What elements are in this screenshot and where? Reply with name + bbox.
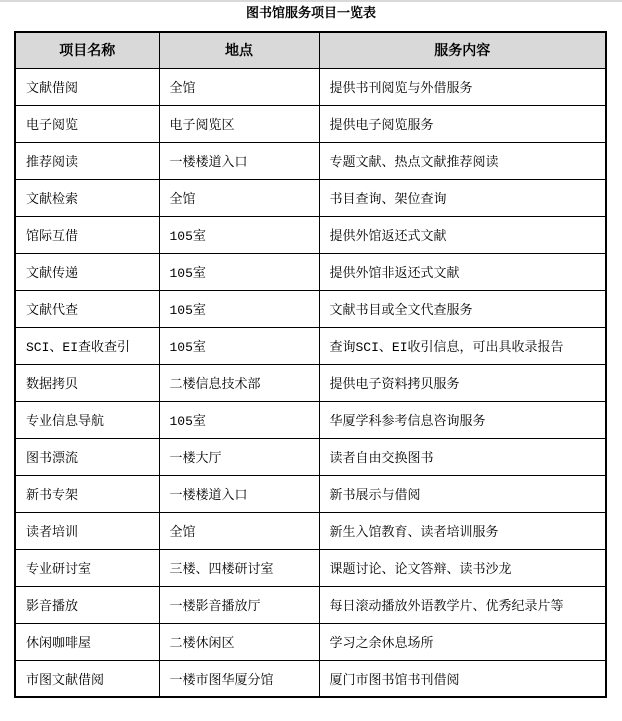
cell-service: 新生入馆教育、读者培训服务 — [319, 512, 606, 549]
cell-project-name: 图书漂流 — [15, 438, 159, 475]
cell-project-name: 文献检索 — [15, 179, 159, 216]
column-header-1: 地点 — [159, 32, 319, 68]
table-row: 文献检索全馆书目查询、架位查询 — [15, 179, 606, 216]
cell-service: 提供外馆返还式文献 — [319, 216, 606, 253]
cell-project-name: 专业信息导航 — [15, 401, 159, 438]
cell-service: 每日滚动播放外语教学片、优秀纪录片等 — [319, 586, 606, 623]
cell-service: 读者自由交换图书 — [319, 438, 606, 475]
table-header-row: 项目名称地点服务内容 — [15, 32, 606, 68]
table-row: 文献传递105室提供外馆非返还式文献 — [15, 253, 606, 290]
cell-service: 文献书目或全文代查服务 — [319, 290, 606, 327]
cell-service: 提供书刊阅览与外借服务 — [319, 68, 606, 105]
cell-service: 专题文献、热点文献推荐阅读 — [319, 142, 606, 179]
table-row: 休闲咖啡屋二楼休闲区学习之余休息场所 — [15, 623, 606, 660]
library-services-table: 项目名称地点服务内容 文献借阅全馆提供书刊阅览与外借服务电子阅览电子阅览区提供电… — [14, 31, 607, 698]
cell-project-name: 专业研讨室 — [15, 549, 159, 586]
cell-project-name: 市图文献借阅 — [15, 660, 159, 697]
cell-project-name: 馆际互借 — [15, 216, 159, 253]
cell-location: 一楼影音播放厅 — [159, 586, 319, 623]
cell-location: 105室 — [159, 401, 319, 438]
cell-location: 三楼、四楼研讨室 — [159, 549, 319, 586]
cell-project-name: 推荐阅读 — [15, 142, 159, 179]
cell-location: 一楼大厅 — [159, 438, 319, 475]
table-row: 推荐阅读一楼楼道入口专题文献、热点文献推荐阅读 — [15, 142, 606, 179]
cell-location: 105室 — [159, 290, 319, 327]
cell-project-name: 电子阅览 — [15, 105, 159, 142]
cell-service: 华厦学科参考信息咨询服务 — [319, 401, 606, 438]
cell-location: 105室 — [159, 327, 319, 364]
cell-project-name: 数据拷贝 — [15, 364, 159, 401]
cell-location: 一楼市图华厦分馆 — [159, 660, 319, 697]
table-head: 项目名称地点服务内容 — [15, 32, 606, 68]
table-row: 馆际互借105室提供外馆返还式文献 — [15, 216, 606, 253]
table-row: 新书专架一楼楼道入口新书展示与借阅 — [15, 475, 606, 512]
cell-project-name: 新书专架 — [15, 475, 159, 512]
cell-location: 105室 — [159, 216, 319, 253]
table-row: 图书漂流一楼大厅读者自由交换图书 — [15, 438, 606, 475]
cell-service: 提供电子阅览服务 — [319, 105, 606, 142]
page-title: 图书馆服务项目一览表 — [0, 2, 622, 31]
cell-service: 提供外馆非返还式文献 — [319, 253, 606, 290]
column-header-2: 服务内容 — [319, 32, 606, 68]
page: { "page": { "title": "图书馆服务项目一览表" }, "ta… — [0, 0, 622, 721]
cell-location: 一楼楼道入口 — [159, 142, 319, 179]
table-row: 专业研讨室三楼、四楼研讨室课题讨论、论文答辩、读书沙龙 — [15, 549, 606, 586]
table-row: 电子阅览电子阅览区提供电子阅览服务 — [15, 105, 606, 142]
cell-service: 厦门市图书馆书刊借阅 — [319, 660, 606, 697]
cell-project-name: 休闲咖啡屋 — [15, 623, 159, 660]
table-row: 市图文献借阅一楼市图华厦分馆厦门市图书馆书刊借阅 — [15, 660, 606, 697]
cell-project-name: 文献借阅 — [15, 68, 159, 105]
cell-project-name: 文献代查 — [15, 290, 159, 327]
cell-service: 书目查询、架位查询 — [319, 179, 606, 216]
table-row: SCI、EI查收查引105室查询SCI、EI收引信息，可出具收录报告 — [15, 327, 606, 364]
cell-location: 全馆 — [159, 512, 319, 549]
cell-location: 电子阅览区 — [159, 105, 319, 142]
cell-location: 全馆 — [159, 179, 319, 216]
table-row: 影音播放一楼影音播放厅每日滚动播放外语教学片、优秀纪录片等 — [15, 586, 606, 623]
cell-service: 新书展示与借阅 — [319, 475, 606, 512]
cell-location: 一楼楼道入口 — [159, 475, 319, 512]
table-row: 文献借阅全馆提供书刊阅览与外借服务 — [15, 68, 606, 105]
cell-location: 二楼信息技术部 — [159, 364, 319, 401]
table-row: 文献代查105室文献书目或全文代查服务 — [15, 290, 606, 327]
cell-location: 全馆 — [159, 68, 319, 105]
column-header-0: 项目名称 — [15, 32, 159, 68]
cell-service: 查询SCI、EI收引信息，可出具收录报告 — [319, 327, 606, 364]
table-row: 数据拷贝二楼信息技术部提供电子资料拷贝服务 — [15, 364, 606, 401]
cell-project-name: 文献传递 — [15, 253, 159, 290]
table-body: 文献借阅全馆提供书刊阅览与外借服务电子阅览电子阅览区提供电子阅览服务推荐阅读一楼… — [15, 68, 606, 697]
cell-service: 课题讨论、论文答辩、读书沙龙 — [319, 549, 606, 586]
cell-project-name: SCI、EI查收查引 — [15, 327, 159, 364]
cell-location: 105室 — [159, 253, 319, 290]
table-row: 专业信息导航105室华厦学科参考信息咨询服务 — [15, 401, 606, 438]
cell-project-name: 读者培训 — [15, 512, 159, 549]
cell-project-name: 影音播放 — [15, 586, 159, 623]
table-row: 读者培训全馆新生入馆教育、读者培训服务 — [15, 512, 606, 549]
cell-location: 二楼休闲区 — [159, 623, 319, 660]
cell-service: 学习之余休息场所 — [319, 623, 606, 660]
cell-service: 提供电子资料拷贝服务 — [319, 364, 606, 401]
